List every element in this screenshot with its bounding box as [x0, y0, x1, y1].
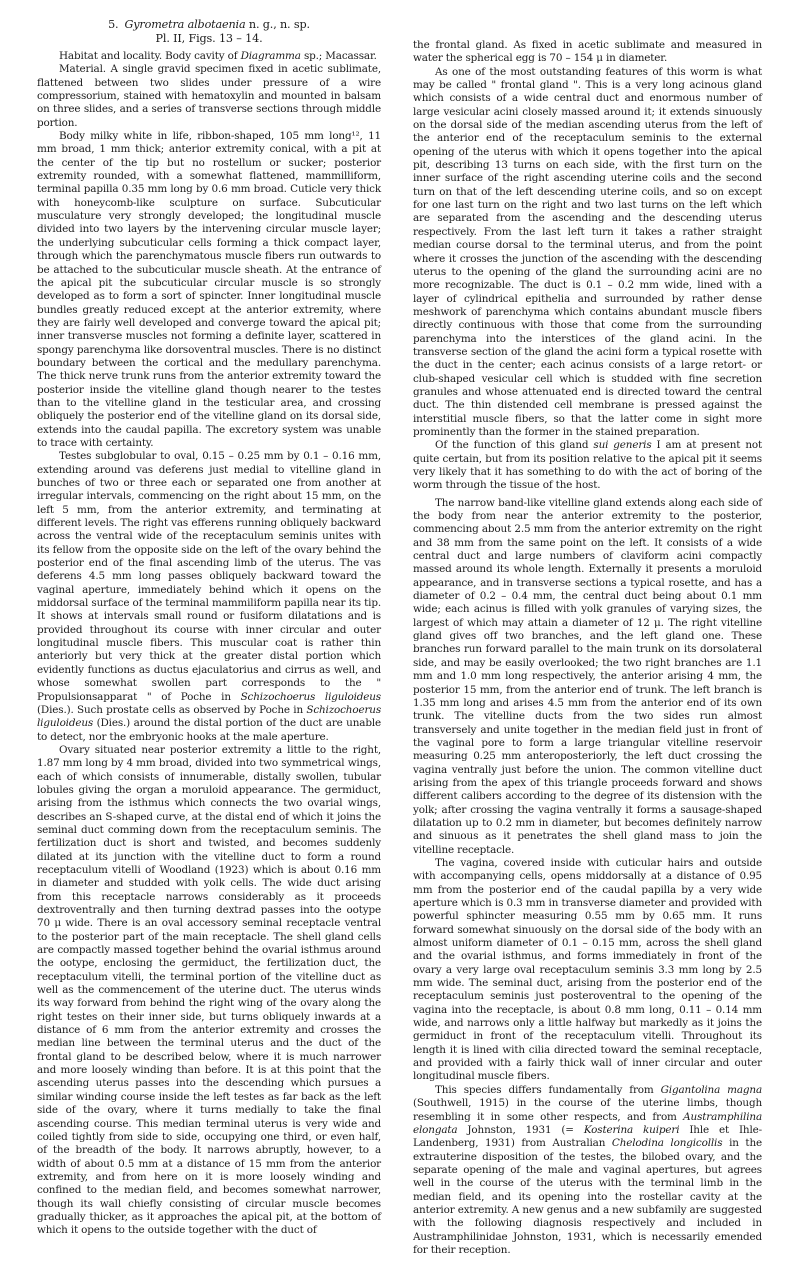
body-paragraph: Body milky white in life, ribbon-shaped,…: [37, 130, 381, 450]
ovary-paragraph: Ovary situated near posterior extremity …: [37, 744, 381, 1238]
left-column: 5.Gyrometra albotaenia n. g., n. sp. Pl.…: [37, 18, 381, 1238]
habitat-text: Body cavity of: [162, 50, 241, 62]
testes-text: Testes subglobular to oval, 0.15 – 0.25 …: [37, 450, 381, 702]
paper-page: 5.Gyrometra albotaenia n. g., n. sp. Pl.…: [0, 0, 792, 1262]
continuation-paragraph: the frontal gland. As fixed in acetic su…: [413, 39, 762, 66]
vitelline-paragraph: The narrow band-like vitelline gland ext…: [413, 497, 762, 857]
function-text: Of the function of this gland: [435, 439, 593, 451]
material-paragraph: Material. A single gravid specimen fixed…: [37, 63, 381, 130]
taxon-name: Chelodina longicollis: [612, 1137, 723, 1149]
taxon-name: Gigantolina magna: [661, 1084, 762, 1096]
species-heading: 5.Gyrometra albotaenia n. g., n. sp. Pl.…: [37, 18, 381, 46]
differential-diagnosis-paragraph: This species differs fundamentally from …: [413, 1084, 762, 1257]
latin-phrase: sui generis: [593, 439, 651, 451]
testes-text-mid: (Dies.). Such prostate cells as observed…: [37, 704, 306, 716]
testes-paragraph: Testes subglobular to oval, 0.15 – 0.25 …: [37, 450, 381, 744]
habitat-text-end: sp.; Macassar.: [301, 50, 377, 62]
habitat-paragraph: Habitat and locality. Body cavity of Dia…: [37, 50, 381, 63]
frontal-gland-paragraph: As one of the most outstanding features …: [413, 66, 762, 440]
diff-text: Johnston, 1931 (=: [457, 1124, 583, 1136]
diff-text: This species differs fundamentally from: [435, 1084, 661, 1096]
vagina-paragraph: The vagina, covered inside with cuticula…: [413, 857, 762, 1084]
diff-text: in the extrauterine disposition of the t…: [413, 1137, 762, 1256]
habitat-label: Habitat and locality.: [59, 50, 162, 62]
taxon-name: Schizochoerus liguloideus: [241, 691, 381, 703]
function-paragraph: Of the function of this gland sui generi…: [413, 439, 762, 492]
taxon-name: Kosterina kuiperi: [584, 1124, 680, 1136]
plate-reference: Pl. II, Figs. 13 – 14.: [37, 32, 381, 46]
section-number: 5.: [108, 18, 118, 31]
right-column: the frontal gland. As fixed in acetic su…: [413, 39, 762, 1257]
host-name: Diagramma: [241, 50, 301, 62]
species-name: Gyrometra albotaenia: [124, 18, 245, 31]
taxon-status: n. g., n. sp.: [249, 18, 310, 31]
species-title: 5.Gyrometra albotaenia n. g., n. sp.: [37, 18, 381, 32]
